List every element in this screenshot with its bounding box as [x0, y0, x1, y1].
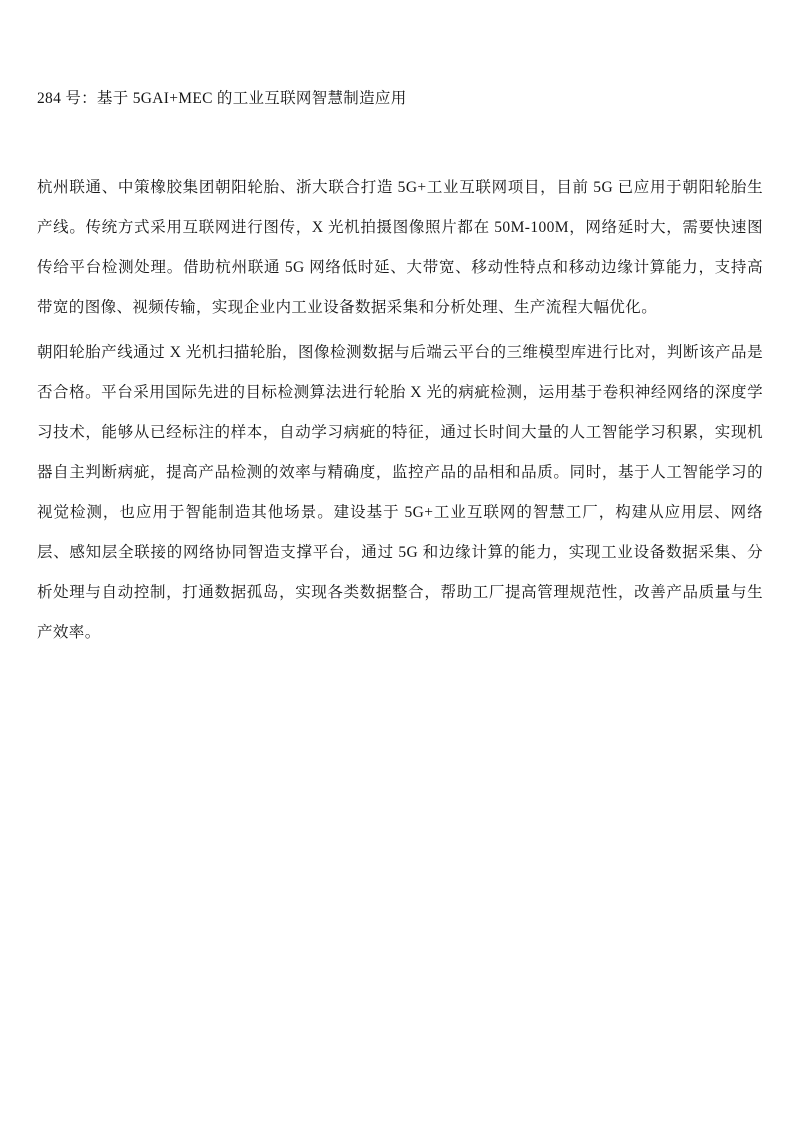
document-title: 284 号：基于 5GAI+MEC 的工业互联网智慧制造应用 [37, 88, 763, 110]
document-page: 284 号：基于 5GAI+MEC 的工业互联网智慧制造应用 杭州联通、中策橡胶… [0, 0, 800, 1131]
paragraph-2: 朝阳轮胎产线通过 X 光机扫描轮胎，图像检测数据与后端云平台的三维模型库进行比对… [37, 333, 763, 653]
paragraph-1: 杭州联通、中策橡胶集团朝阳轮胎、浙大联合打造 5G+工业互联网项目，目前 5G … [37, 168, 763, 328]
